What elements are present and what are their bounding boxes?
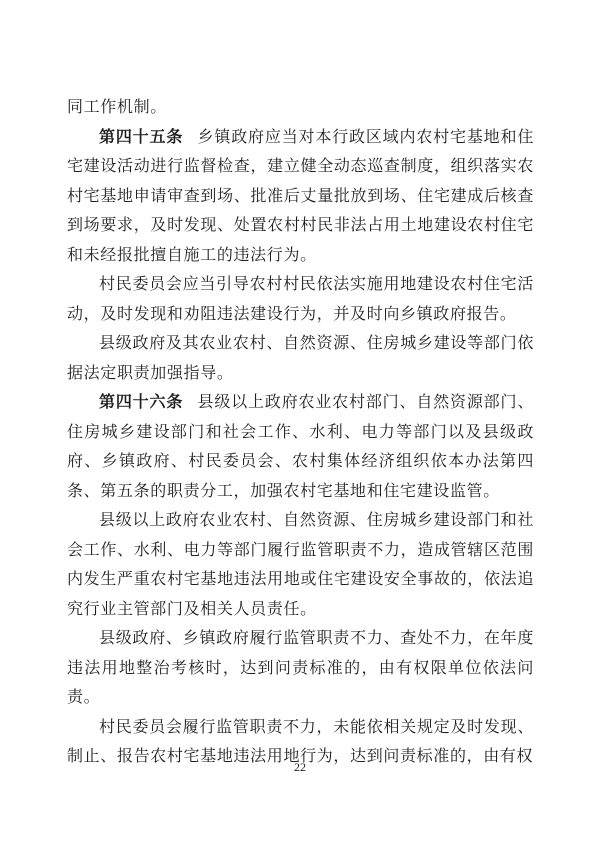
paragraph-text: 县级政府、乡镇政府履行监管职责不力、查处不力，在年度违法用地整治考核时，达到问责… (67, 630, 534, 706)
paragraph-text: 县级以上政府农业农村、自然资源、住房城乡建设部门和社会工作、水利、电力等部门履行… (67, 512, 534, 618)
paragraph-text: 村民委员会应当引导农村村民依法实施用地建设农村住宅活动，及时发现和劝阻违法建设行… (67, 276, 534, 323)
paragraph: 同工作机制。 (67, 93, 534, 123)
paragraph: 县级政府、乡镇政府履行监管职责不力、查处不力，在年度违法用地整治考核时，达到问责… (67, 624, 534, 713)
document-page: 同工作机制。 第四十五条乡镇政府应当对本行政区域内农村宅基地和住宅建设活动进行监… (0, 0, 600, 848)
paragraph-text: 同工作机制。 (67, 99, 167, 116)
paragraph: 村民委员会应当引导农村村民依法实施用地建设农村住宅活动，及时发现和劝阻违法建设行… (67, 270, 534, 329)
article-number: 第四十五条 (99, 129, 183, 146)
document-body: 同工作机制。 第四十五条乡镇政府应当对本行政区域内农村宅基地和住宅建设活动进行监… (67, 93, 534, 772)
paragraph-text: 县级政府及其农业农村、自然资源、住房城乡建设等部门依据法定职责加强指导。 (67, 335, 534, 382)
paragraph: 县级以上政府农业农村、自然资源、住房城乡建设部门和社会工作、水利、电力等部门履行… (67, 506, 534, 624)
paragraph-text: 村民委员会履行监管职责不力，未能依相关规定及时发现、制止、报告农村宅基地违法用地… (67, 719, 534, 766)
page-number: 22 (0, 760, 600, 775)
paragraph-text: 乡镇政府应当对本行政区域内农村宅基地和住宅建设活动进行监督检查，建立健全动态巡查… (67, 129, 534, 264)
paragraph: 第四十五条乡镇政府应当对本行政区域内农村宅基地和住宅建设活动进行监督检查，建立健… (67, 123, 534, 271)
paragraph: 第四十六条县级以上政府农业农村部门、自然资源部门、住房城乡建设部门和社会工作、水… (67, 388, 534, 506)
paragraph: 县级政府及其农业农村、自然资源、住房城乡建设等部门依据法定职责加强指导。 (67, 329, 534, 388)
article-number: 第四十六条 (99, 394, 183, 411)
